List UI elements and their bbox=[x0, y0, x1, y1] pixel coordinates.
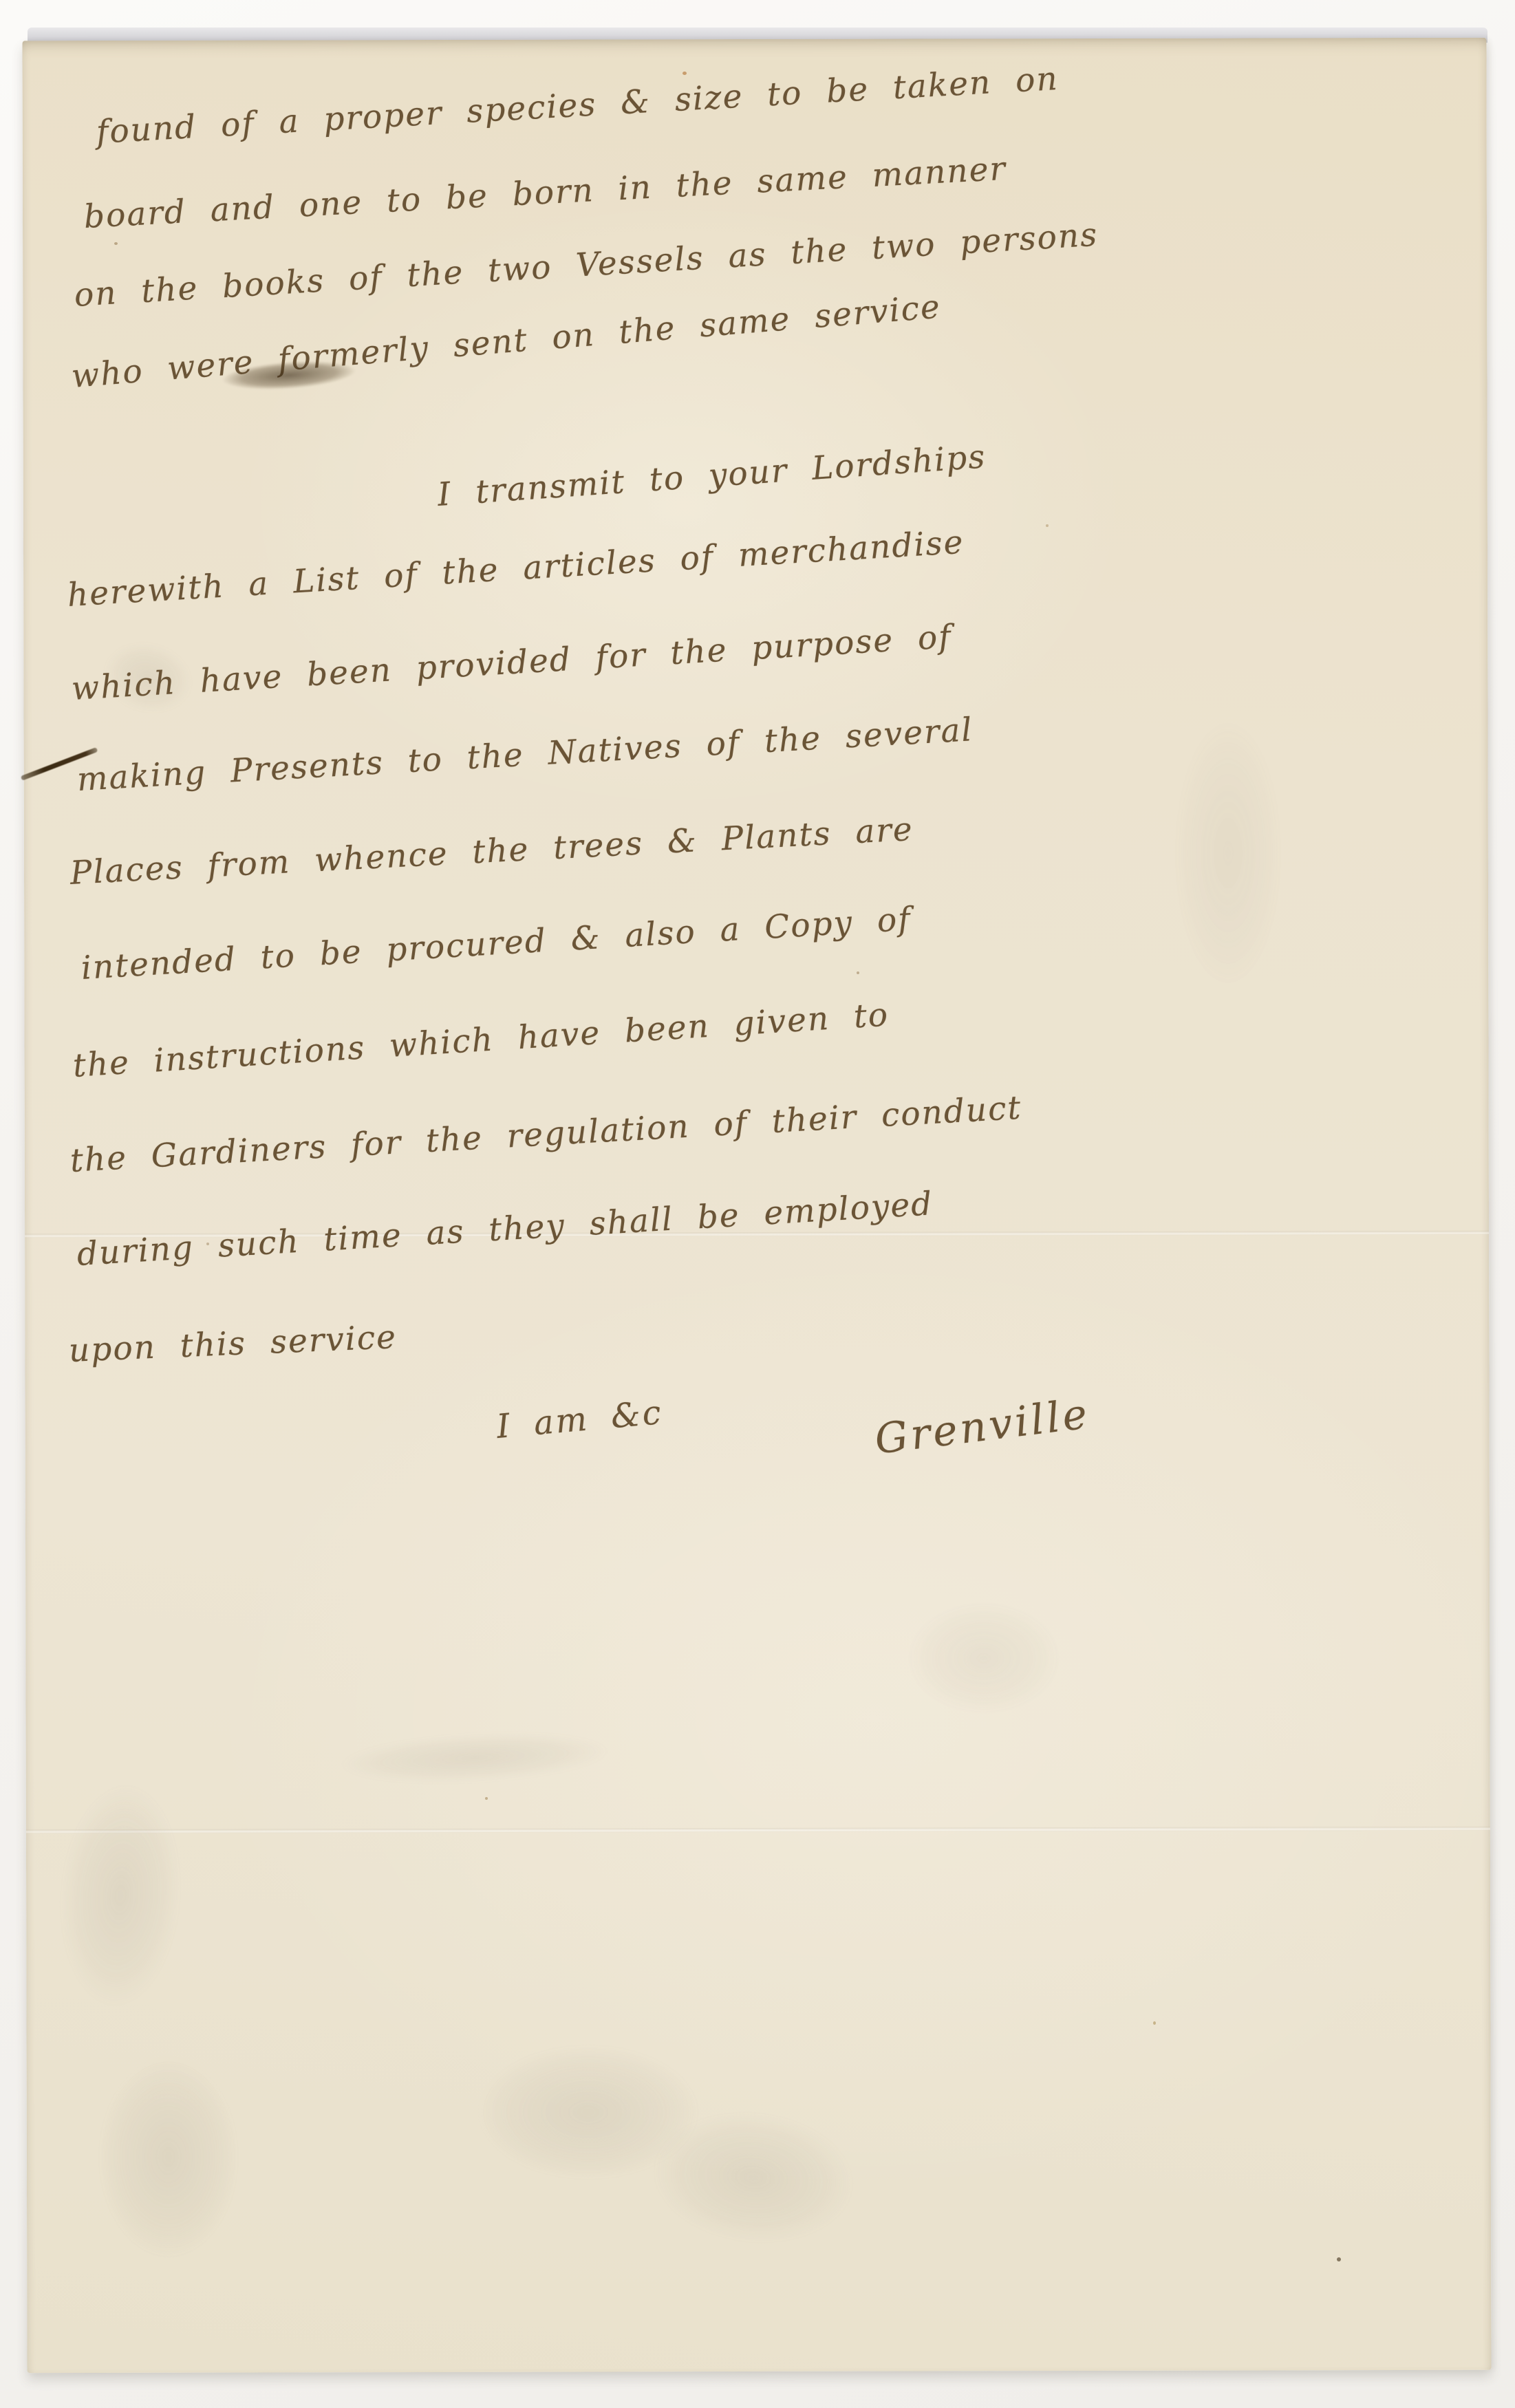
paper-speck bbox=[683, 72, 687, 75]
bleed-through-smudge bbox=[76, 2023, 261, 2291]
scanned-manuscript-page: found of a proper species & size to be t… bbox=[0, 0, 1515, 2408]
paper-speck bbox=[857, 971, 859, 974]
fold-crease bbox=[26, 1827, 1490, 1834]
manuscript-paper bbox=[22, 38, 1491, 2373]
bleed-through-smudge bbox=[881, 1582, 1087, 1734]
paper-speck bbox=[114, 242, 118, 245]
bleed-through-smudge bbox=[1156, 674, 1300, 1032]
fold-crease bbox=[25, 1231, 1489, 1238]
paper-speck bbox=[1337, 2257, 1341, 2261]
paper-speck bbox=[206, 1243, 209, 1245]
paper-speck bbox=[485, 1797, 488, 1800]
paper-speck bbox=[1153, 2021, 1156, 2025]
paper-speck bbox=[1046, 524, 1049, 527]
